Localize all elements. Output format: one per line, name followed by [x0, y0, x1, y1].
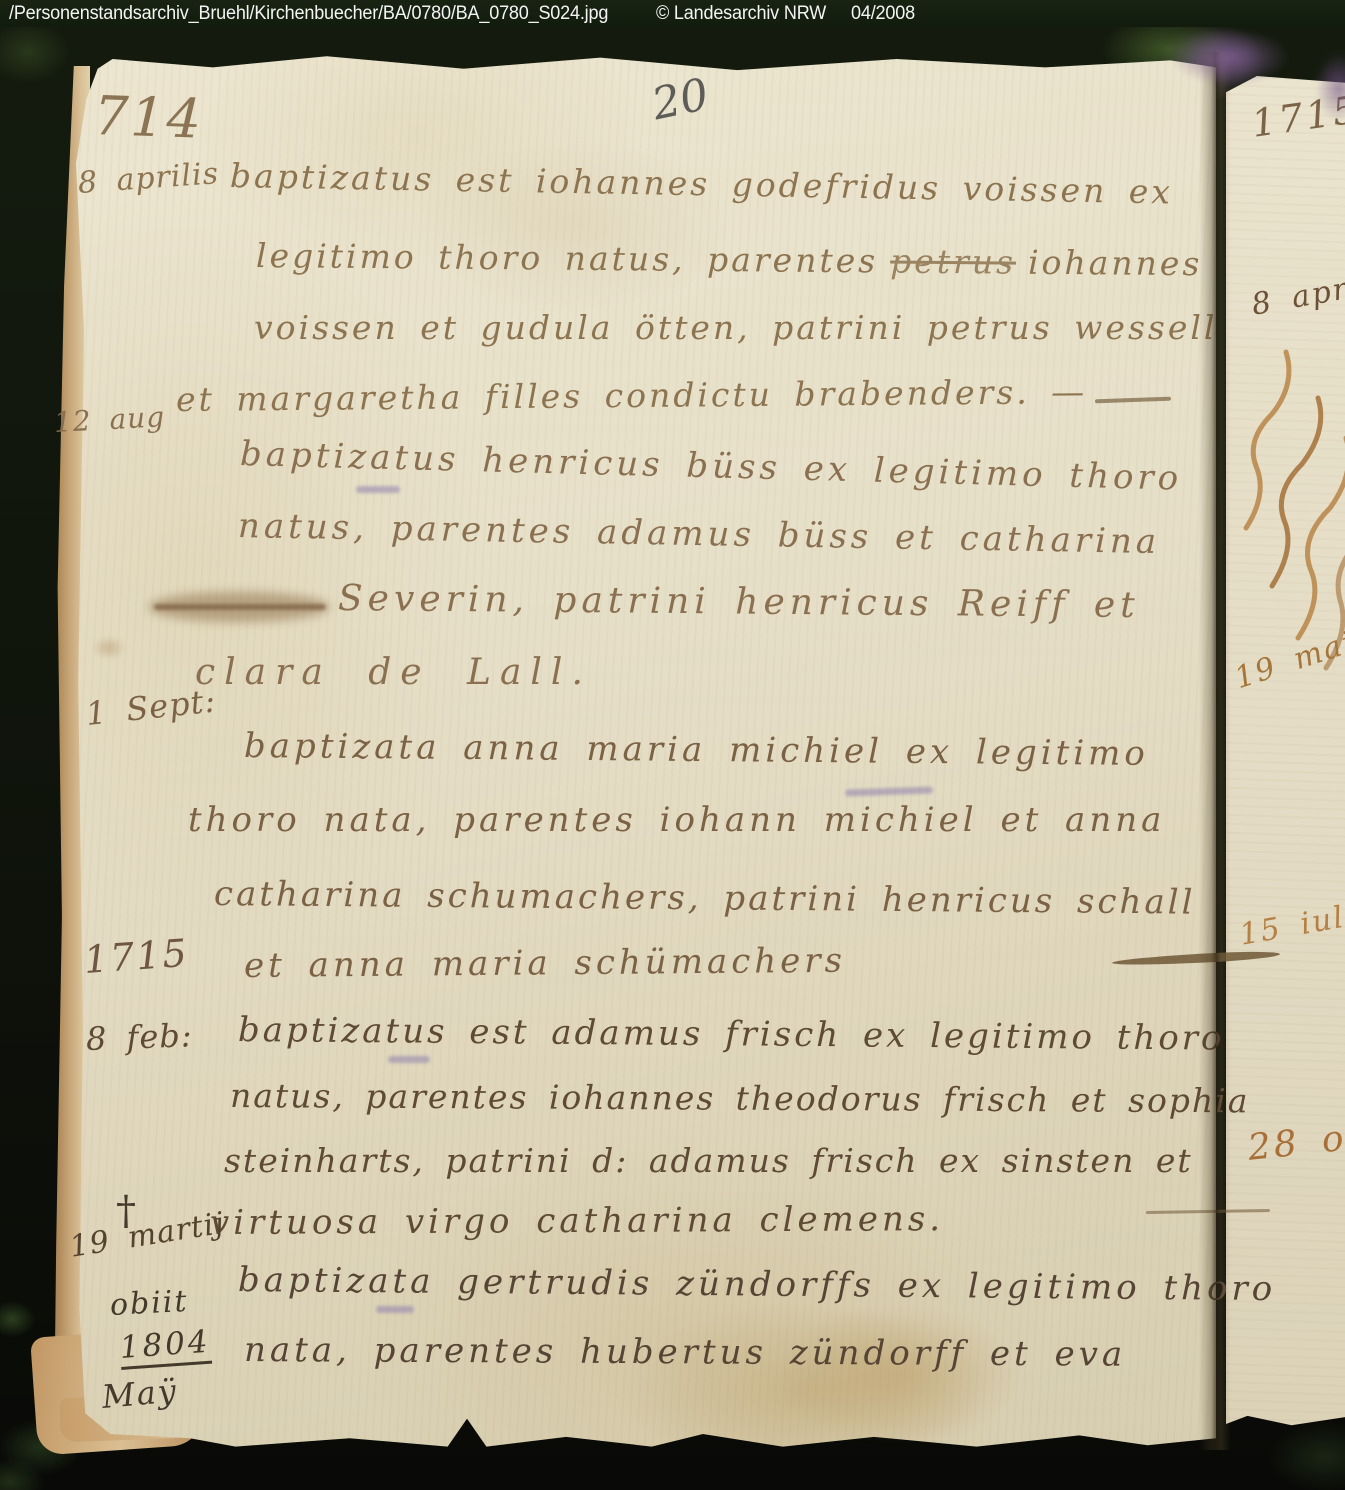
strikethrough-word: petrus	[890, 242, 1016, 282]
entry5-obiit-note: obiit	[109, 1284, 189, 1323]
header-bar: /Personenstandsarchiv_Bruehl/Kirchenbuec…	[0, 0, 1345, 27]
entry1-line2-after: iohannes	[1028, 243, 1203, 284]
entry3-line3: catharina schumachers, patrini henricus …	[214, 874, 1196, 923]
copyright-text: © Landesarchiv NRW	[656, 3, 826, 25]
entry2-margin-date: 12 aug	[53, 400, 166, 439]
entry5-obiit-year: 1804	[119, 1324, 212, 1370]
folio-number: 714	[93, 84, 204, 151]
violet-underline-mark-3	[388, 1056, 430, 1063]
gutter-shadow	[1199, 52, 1231, 1450]
entry5-obiit-month: Maÿ	[100, 1371, 179, 1415]
entry3-line1: baptizata anna maria michiel ex legitimo	[244, 726, 1149, 774]
violet-underline-mark-1	[356, 486, 400, 493]
entry2-line4: clara de Lall.	[195, 652, 592, 693]
entry1-line2-before: legitimo thoro natus, parentes	[256, 236, 879, 280]
entry4-margin-date: 8 feb:	[85, 1016, 193, 1058]
diagonal-scribbles	[1228, 318, 1345, 678]
entry3-line2: thoro nata, parentes iohann michiel et a…	[188, 800, 1165, 840]
entry2-line3: Severin, patrini henricus Reiff et	[338, 578, 1140, 626]
entry4-line4: virtuosa virgo catharina clemens.	[210, 1199, 944, 1243]
entry1-line3: voissen et gudula ötten, patrini petrus …	[254, 308, 1217, 347]
entry3-line4: et anna maria schümachers	[244, 941, 846, 986]
scan-date-text: 04/2008	[851, 3, 915, 25]
archive-path-text: /Personenstandsarchiv_Bruehl/Kirchenbuec…	[9, 3, 608, 25]
purple-binding-fuzz-2	[1316, 56, 1345, 122]
entry4-line3: steinharts, patrini d: adamus frisch ex …	[224, 1141, 1193, 1180]
purple-binding-fuzz	[1170, 28, 1290, 86]
entry1-line4: et margaretha filles condictu brabenders…	[176, 372, 1088, 419]
entry5-line2: nata, parentes hubertus zündorff et eva	[244, 1330, 1126, 1375]
violet-underline-mark-4	[376, 1306, 414, 1313]
entry1-line2: legitimo thoro natus, parentespetrusioha…	[256, 236, 1203, 283]
entry3-margin-year: 1715	[82, 931, 190, 982]
ink-smudge-strike	[154, 604, 326, 610]
entry4-line2: natus, parentes iohannes theodorus frisc…	[230, 1076, 1250, 1120]
